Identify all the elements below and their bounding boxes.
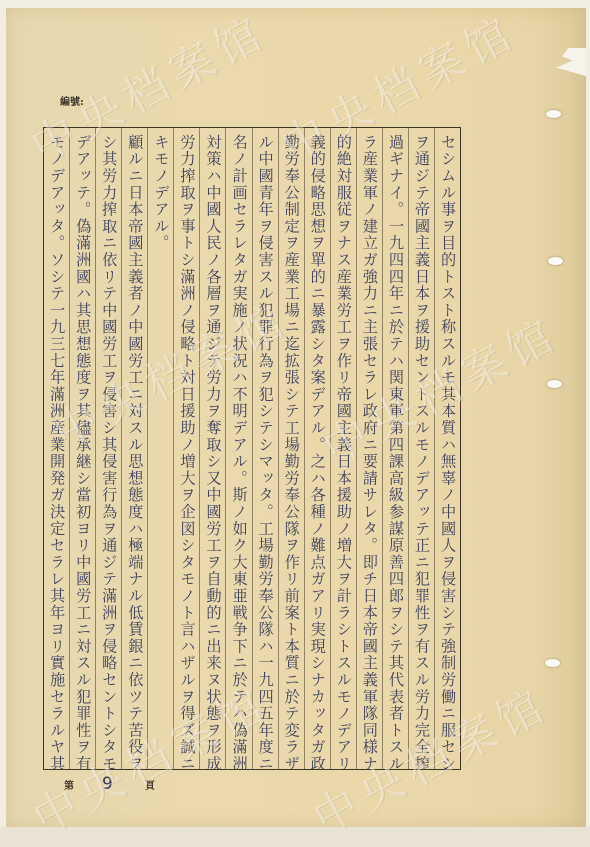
column-text: ヲ通ジテ帝國主義日本ヲ援助セントスルモノデアッテ正ニ犯罪性ヲ有スル労力完全搾取ノ…: [414, 134, 429, 769]
manuscript-column: 義的侵略思想ヲ單的ニ暴露シタ案デアル。之ハ各種ノ難点ガアリ実現シナカッタガ政府ハ: [304, 128, 330, 769]
manuscript-column: モノデアッタ。ソシテ一九三七年滿洲産業開発ガ決定セラレ其年ヨリ實施セラルヤ其犯罪…: [44, 128, 69, 769]
manuscript-column: ル中國青年ヲ侵害スル犯罪行為ヲ犯シテシマッタ。工場勤労奉公隊ハ一九四五年度ニ於テ…: [252, 128, 278, 769]
manuscript-column: 対策ハ中國人民ノ各層ヲ通ジテ労力ヲ奪取シ又中國労工ヲ自動的ニ出来ヌ状態ヲ形成シテ: [199, 128, 225, 769]
column-text: ラ産業軍ノ建立ガ強力ニ主張セラレ政府ニ要請サレタ。即チ日本帝國主義軍隊同様ナ機械: [362, 134, 377, 769]
column-text: 過ギナイ。一九四四年ニ於テハ関東軍第四課高級参謀原善四郎ヲシテ其代表者トスル）ニ…: [388, 134, 403, 769]
manuscript-column: セシムル事ヲ目的トスト称スルモ其本質ハ無辜ノ中國人ヲ侵害シテ強制労働ニ服セシメ重…: [434, 128, 460, 769]
column-text: 名ノ計画セラレタガ実施ノ状況ハ不明デアル。斯ノ如ク大東亜戦争下ニ於テハ偽滿洲國労…: [231, 134, 246, 769]
punch-hole: [547, 380, 562, 388]
manuscript-column: 顧ルニ日本帝國主義者ノ中國労工ニ対スル思想態度ハ極端ナル低賃銀ニ依ツテ苦役ヲ科: [121, 128, 147, 769]
column-text: 的絶対服従ヲナス産業労工ヲ作リ帝國主義日本援助ノ増大ヲ計ラシトスルモノデアリ帝國…: [336, 134, 351, 769]
page-footer: 第 9 頁: [64, 774, 155, 794]
serial-number-label: 編號:: [60, 93, 84, 108]
column-text: 勤労奉公制定ヲ産業工場ニ迄拡張シテ工場勤労奉公隊ヲ作リ前案ト本質ニ於テ変ラザ: [283, 134, 298, 769]
punch-hole: [548, 257, 563, 265]
column-text: デアッテ。偽滿洲國ハ其思想態度ヲ其儘承継シ當初ヨリ中國労工ニ対スル犯罪性ヲ有スル: [75, 134, 90, 769]
manuscript-column: ラ産業軍ノ建立ガ強力ニ主張セラレ政府ニ要請サレタ。即チ日本帝國主義軍隊同様ナ機械: [356, 128, 382, 769]
manuscript-column: 的絶対服従ヲナス産業労工ヲ作リ帝國主義日本援助ノ増大ヲ計ラシトスルモノデアリ帝國…: [330, 128, 356, 769]
manuscript-column: 勤労奉公制定ヲ産業工場ニ迄拡張シテ工場勤労奉公隊ヲ作リ前案ト本質ニ於テ変ラザ: [278, 128, 304, 769]
punch-hole: [546, 110, 561, 118]
manuscript-column: 名ノ計画セラレタガ実施ノ状況ハ不明デアル。斯ノ如ク大東亜戦争下ニ於テハ偽滿洲國労…: [225, 128, 251, 769]
manuscript-grid: セシムル事ヲ目的トスト称スルモ其本質ハ無辜ノ中國人ヲ侵害シテ強制労働ニ服セシメ重…: [43, 127, 461, 770]
page-suffix: 頁: [145, 777, 155, 792]
manuscript-column: キモノデアル。: [147, 128, 173, 769]
column-text: 顧ルニ日本帝國主義者ノ中國労工ニ対スル思想態度ハ極端ナル低賃銀ニ依ツテ苦役ヲ科: [127, 134, 142, 769]
page-number: 9: [102, 774, 113, 794]
manuscript-column: ヲ通ジテ帝國主義日本ヲ援助セントスルモノデアッテ正ニ犯罪性ヲ有スル労力完全搾取ノ…: [408, 128, 434, 769]
column-text: モノデアッタ。ソシテ一九三七年滿洲産業開発ガ決定セラレ其年ヨリ實施セラルヤ其犯罪…: [49, 134, 64, 769]
column-text: 対策ハ中國人民ノ各層ヲ通ジテ労力ヲ奪取シ又中國労工ヲ自動的ニ出来ヌ状態ヲ形成シテ: [205, 134, 220, 769]
page-prefix: 第: [64, 777, 74, 792]
manuscript-column: 労力搾取ヲ事トシ滿洲ノ侵略ト対日援助ノ増大ヲ企図シタモノト言ハザルヲ得ズ誠ニ罪劫…: [173, 128, 199, 769]
column-text: セシムル事ヲ目的トスト称スルモ其本質ハ無辜ノ中國人ヲ侵害シテ強制労働ニ服セシメ重…: [440, 134, 455, 769]
column-text: 労力搾取ヲ事トシ滿洲ノ侵略ト対日援助ノ増大ヲ企図シタモノト言ハザルヲ得ズ誠ニ罪劫…: [179, 134, 194, 769]
manuscript-column: シ其労力搾取ニ依リテ中國労工ヲ侵害シ其侵害行為ヲ通ジテ滿洲ヲ侵略セントシタモノ: [95, 128, 121, 769]
column-text: ル中國青年ヲ侵害スル犯罪行為ヲ犯シテシマッタ。工場勤労奉公隊ハ一九四五年度ニ於テ…: [257, 134, 272, 769]
column-text: キモノデアル。: [153, 134, 168, 769]
punch-hole: [545, 659, 560, 667]
column-text: 義的侵略思想ヲ單的ニ暴露シタ案デアル。之ハ各種ノ難点ガアリ実現シナカッタガ政府ハ: [310, 134, 325, 769]
column-text: シ其労力搾取ニ依リテ中國労工ヲ侵害シ其侵害行為ヲ通ジテ滿洲ヲ侵略セントシタモノ: [101, 134, 116, 769]
manuscript-column: 過ギナイ。一九四四年ニ於テハ関東軍第四課高級参謀原善四郎ヲシテ其代表者トスル）ニ…: [382, 128, 408, 769]
torn-corner: [556, 48, 586, 76]
manuscript-column: デアッテ。偽滿洲國ハ其思想態度ヲ其儘承継シ當初ヨリ中國労工ニ対スル犯罪性ヲ有スル: [69, 128, 95, 769]
